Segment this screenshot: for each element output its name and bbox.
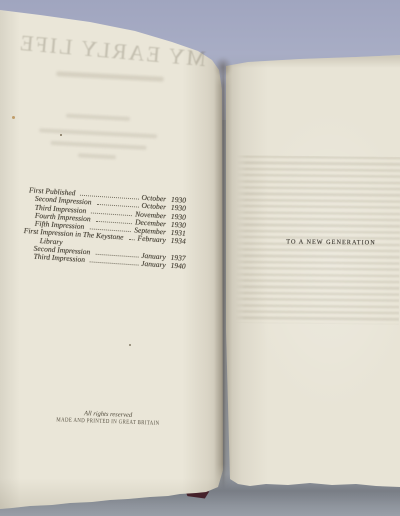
impressions-list: First Published October 1930 Second Impr… xyxy=(24,186,186,271)
foxing-speck xyxy=(129,344,131,346)
book-photo: MY EARLY LIFE First Published October 19… xyxy=(0,0,400,516)
dedication-text: TO A NEW GENERATION xyxy=(264,238,399,246)
page-seam-shadow xyxy=(212,54,234,80)
foxing-speck xyxy=(12,116,15,119)
dot-leader xyxy=(90,262,138,266)
dot-leader xyxy=(128,239,134,240)
foxing-speck xyxy=(60,134,62,136)
page-seam xyxy=(214,60,232,490)
